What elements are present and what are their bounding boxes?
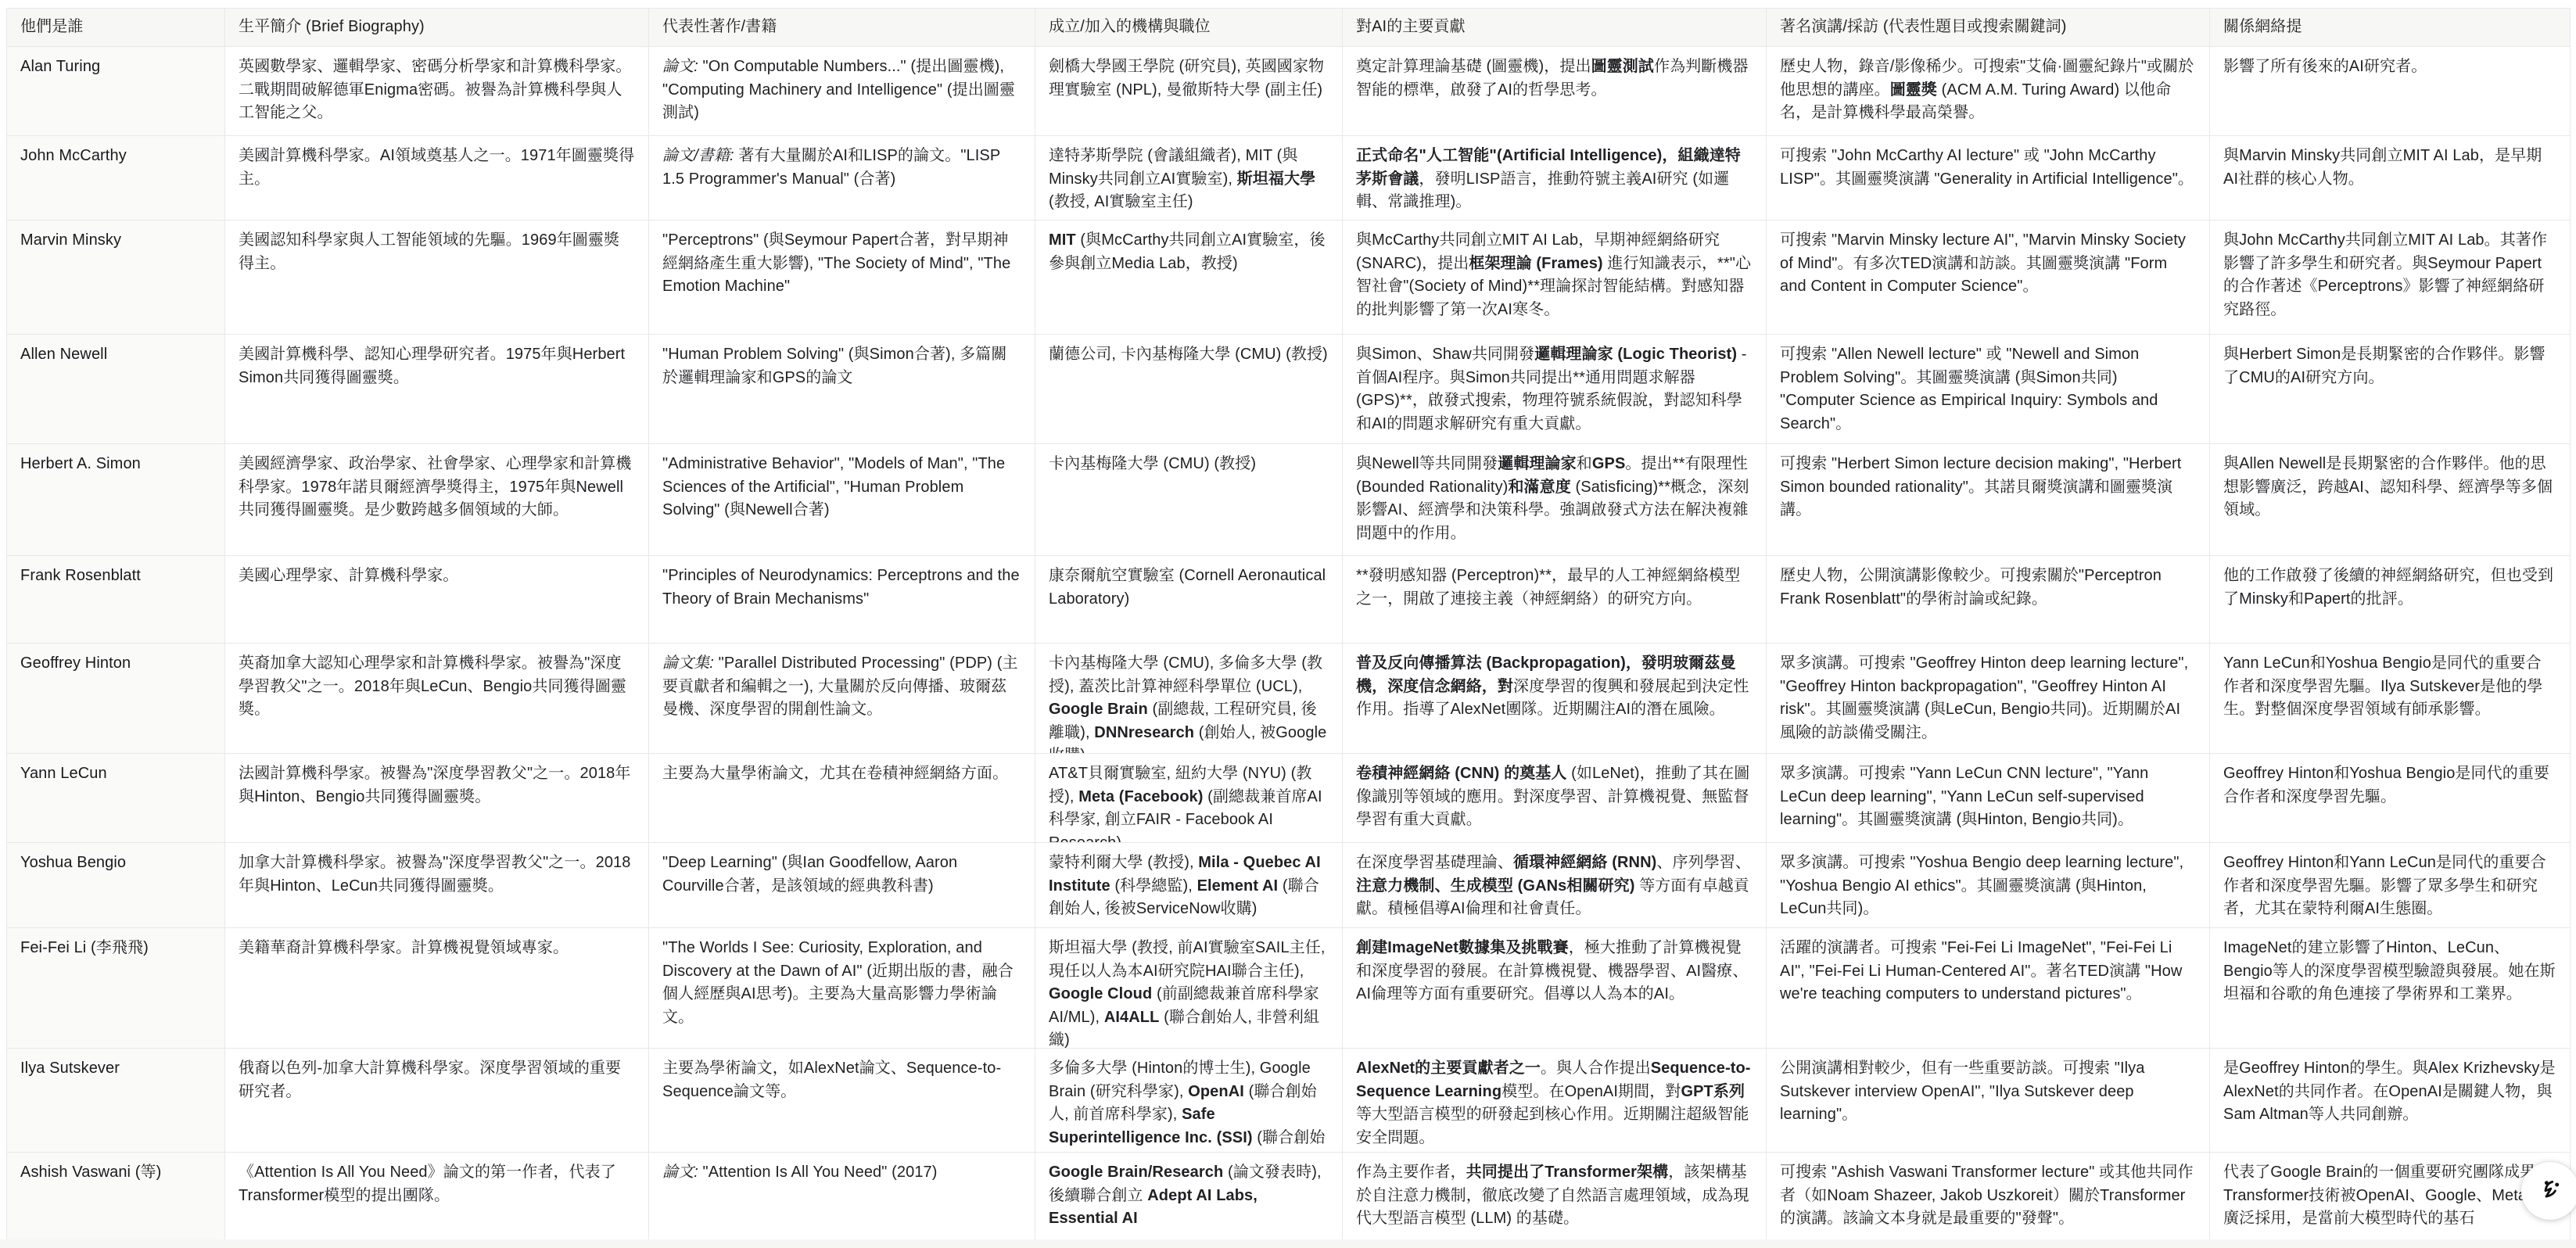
name-cell: John McCarthy bbox=[7, 136, 225, 221]
works-cell: 主要為學術論文，如AlexNet論文、Sequence-to-Sequence論… bbox=[649, 1049, 1035, 1153]
name-cell: Herbert A. Simon bbox=[7, 444, 225, 556]
name-cell: Allen Newell bbox=[7, 335, 225, 444]
network-cell: Geoffrey Hinton和Yoshua Bengio是同代的重要合作者和深… bbox=[2210, 754, 2570, 843]
bold-text: AlexNet的主要貢獻者之一 bbox=[1356, 1060, 1541, 1077]
orgs-cell: 蘭德公司, 卡內基梅隆大學 (CMU) (教授) bbox=[1035, 335, 1343, 444]
name-cell: Geoffrey Hinton bbox=[7, 644, 225, 754]
talks-cell: 歷史人物，錄音/影像稀少。可搜索"艾倫·圖靈紀錄片"或關於他思想的講座。圖靈獎 … bbox=[1767, 47, 2210, 136]
table-row: Yoshua Bengio加拿大計算機科學家。被譽為"深度學習教父"之一。201… bbox=[7, 843, 2570, 928]
bold-text: Adept AI Labs, Essential AI bbox=[1049, 1187, 1258, 1228]
name-cell: Fei-Fei Li (李飛飛) bbox=[7, 928, 225, 1049]
bold-text: AI4ALL bbox=[1104, 1009, 1160, 1026]
table-row: Herbert A. Simon美國經濟學家、政治學家、社會學家、心理學家和計算… bbox=[7, 444, 2570, 556]
bio-cell: 美國經濟學家、政治學家、社會學家、心理學家和計算機科學家。1978年諾貝爾經濟學… bbox=[225, 444, 649, 556]
orgs-cell: 蒙特利爾大學 (教授), Mila - Quebec AI Institute … bbox=[1035, 843, 1343, 928]
contributions-cell: 在深度學習基礎理論、循環神經網絡 (RNN)、序列學習、注意力機制、生成模型 (… bbox=[1343, 843, 1767, 928]
talks-cell: 眾多演講。可搜索 "Yoshua Bengio deep learning le… bbox=[1767, 843, 2210, 928]
bio-cell: 俄裔以色列-加拿大計算機科學家。深度學習領域的重要研究者。 bbox=[225, 1049, 649, 1153]
contributions-cell: **發明感知器 (Perceptron)**，最早的人工神經網絡模型之一，開啟了… bbox=[1343, 556, 1767, 644]
header-cell-3: 成立/加入的機構與職位 bbox=[1035, 9, 1343, 47]
table-row: Ashish Vaswani (等)《Attention Is All You … bbox=[7, 1153, 2570, 1240]
bold-text: GPT系列 bbox=[1681, 1083, 1745, 1100]
bold-text: 和滿意度 bbox=[1508, 479, 1570, 496]
bold-text: 框架理論 (Frames) bbox=[1469, 255, 1602, 272]
bio-cell: 英國數學家、邏輯學家、密碼分析學家和計算機科學家。二戰期間破解德軍Enigma密… bbox=[225, 47, 649, 136]
network-cell: 他的工作啟發了後續的神經網絡研究，但也受到了Minsky和Papert的批評。 bbox=[2210, 556, 2570, 644]
talks-cell: 可搜索 "John McCarthy AI lecture" 或 "John M… bbox=[1767, 136, 2210, 221]
name-cell: Yann LeCun bbox=[7, 754, 225, 843]
talks-cell: 活躍的演講者。可搜索 "Fei-Fei Li ImageNet", "Fei-F… bbox=[1767, 928, 2210, 1049]
table-row: Geoffrey Hinton英裔加拿大認知心理學家和計算機科學家。被譽為"深度… bbox=[7, 644, 2570, 754]
talks-cell: 歷史人物，公開演講影像較少。可搜索關於"Perceptron Frank Ros… bbox=[1767, 556, 2210, 644]
orgs-cell: 多倫多大學 (Hinton的博士生), Google Brain (研究科學家)… bbox=[1035, 1049, 1343, 1153]
bio-cell: 法國計算機科學家。被譽為"深度學習教父"之一。2018年與Hinton、Beng… bbox=[225, 754, 649, 843]
orgs-cell: 卡內基梅隆大學 (CMU), 多倫多大學 (教授), 蓋茨比計算神經科學單位 (… bbox=[1035, 644, 1343, 754]
works-cell: 論文: "On Computable Numbers..." (提出圖靈機), … bbox=[649, 47, 1035, 136]
bold-text: Google Brain bbox=[1049, 701, 1148, 718]
table-row: Allen Newell美國計算機科學、認知心理學研究者。1975年與Herbe… bbox=[7, 335, 2570, 444]
orgs-cell: Google Brain/Research (論文發表時), 後續聯合創立 Ad… bbox=[1035, 1153, 1343, 1240]
bold-text: 循環神經網絡 (RNN) bbox=[1513, 854, 1656, 871]
orgs-cell: MIT (與McCarthy共同創立AI實驗室，後參與創立Media Lab，教… bbox=[1035, 221, 1343, 335]
orgs-cell: 康奈爾航空實驗室 (Cornell Aeronautical Laborator… bbox=[1035, 556, 1343, 644]
contributions-cell: 正式命名"人工智能"(Artificial Intelligence)，組織達特… bbox=[1343, 136, 1767, 221]
name-cell: Frank Rosenblatt bbox=[7, 556, 225, 644]
network-cell: 影響了所有後來的AI研究者。 bbox=[2210, 47, 2570, 136]
bio-cell: 美籍華裔計算機科學家。計算機視覺領域專家。 bbox=[225, 928, 649, 1049]
bold-text: Google Cloud bbox=[1049, 985, 1152, 1002]
table-row: John McCarthy美國計算機科學家。AI領域奠基人之一。1971年圖靈獎… bbox=[7, 136, 2570, 221]
name-cell: Ilya Sutskever bbox=[7, 1049, 225, 1153]
bold-text: 普及反向傳播算法 (Backpropagation)，發明玻爾茲曼機，深度信念網… bbox=[1356, 654, 1736, 695]
bold-text: Safe Superintelligence Inc. (SSI) bbox=[1049, 1106, 1253, 1146]
header-cell-5: 著名演講/採訪 (代表性題目或搜索關鍵詞) bbox=[1767, 9, 2210, 47]
bold-text: MIT bbox=[1049, 231, 1076, 249]
orgs-cell: 劍橋大學國王學院 (研究員), 英國國家物理實驗室 (NPL), 曼徹斯特大學 … bbox=[1035, 47, 1343, 136]
network-cell: ImageNet的建立影響了Hinton、LeCun、Bengio等人的深度學習… bbox=[2210, 928, 2570, 1049]
bio-cell: 美國認知科學家與人工智能領域的先驅。1969年圖靈獎得主。 bbox=[225, 221, 649, 335]
contributions-cell: 卷積神經網絡 (CNN) 的奠基人 (如LeNet)，推動了其在圖像識別等領域的… bbox=[1343, 754, 1767, 843]
name-cell: Alan Turing bbox=[7, 47, 225, 136]
bold-text: 注意力機制、生成模型 (GANs相關研究) bbox=[1356, 877, 1635, 895]
italic-text: 論文: bbox=[662, 1164, 698, 1181]
footer-band bbox=[0, 1239, 2576, 1248]
bold-text: 共同提出了Transformer架構 bbox=[1466, 1164, 1669, 1181]
cursor-badge[interactable] bbox=[2521, 1162, 2576, 1220]
bold-text: Mila - Quebec AI Institute bbox=[1049, 854, 1321, 895]
italic-text: 論文/書籍: bbox=[662, 147, 734, 164]
bold-text: 邏輯理論家 (Logic Theorist) bbox=[1534, 346, 1737, 363]
bold-text: 圖靈獎 bbox=[1890, 81, 1937, 99]
works-cell: "Human Problem Solving" (與Simon合著), 多篇關於… bbox=[649, 335, 1035, 444]
works-cell: "Deep Learning" (與Ian Goodfellow, Aaron … bbox=[649, 843, 1035, 928]
contributions-cell: 創建ImageNet數據集及挑戰賽，極大推動了計算機視覺和深度學習的發展。在計算… bbox=[1343, 928, 1767, 1049]
works-cell: "Administrative Behavior", "Models of Ma… bbox=[649, 444, 1035, 556]
talks-cell: 眾多演講。可搜索 "Geoffrey Hinton deep learning … bbox=[1767, 644, 2210, 754]
orgs-cell: 達特茅斯學院 (會議組織者), MIT (與Minsky共同創立AI實驗室), … bbox=[1035, 136, 1343, 221]
table-body: Alan Turing英國數學家、邏輯學家、密碼分析學家和計算機科學家。二戰期間… bbox=[7, 47, 2570, 1240]
bold-text: 圖靈測試 bbox=[1591, 58, 1654, 75]
works-cell: "Principles of Neurodynamics: Perceptron… bbox=[649, 556, 1035, 644]
network-cell: 與Marvin Minsky共同創立MIT AI Lab，是早期AI社群的核心人… bbox=[2210, 136, 2570, 221]
bold-text: GPS bbox=[1592, 455, 1626, 472]
header-cell-1: 生平簡介 (Brief Biography) bbox=[225, 9, 649, 47]
header-cell-0: 他們是誰 bbox=[7, 9, 225, 47]
network-cell: 代表了Google Brain的一個重要研究團隊成果。Transformer技術… bbox=[2210, 1153, 2570, 1240]
contributions-cell: 與Simon、Shaw共同開發邏輯理論家 (Logic Theorist) - … bbox=[1343, 335, 1767, 444]
header-cell-2: 代表性著作/書籍 bbox=[649, 9, 1035, 47]
page: { "colors": { "grid": "#e8e8e6", "header… bbox=[0, 0, 2576, 1248]
works-cell: "The Worlds I See: Curiosity, Exploratio… bbox=[649, 928, 1035, 1049]
table-row: Marvin Minsky美國認知科學家與人工智能領域的先驅。1969年圖靈獎得… bbox=[7, 221, 2570, 335]
works-cell: 論文/書籍: 著有大量關於AI和LISP的論文。"LISP 1.5 Progra… bbox=[649, 136, 1035, 221]
bold-text: DNNresearch bbox=[1094, 724, 1194, 741]
bold-text: OpenAI bbox=[1188, 1083, 1244, 1100]
name-cell: Yoshua Bengio bbox=[7, 843, 225, 928]
bold-text: Meta (Facebook) bbox=[1078, 788, 1203, 805]
bold-text: 斯坦福大學 bbox=[1237, 170, 1316, 188]
contributions-cell: 與Newell等共同開發邏輯理論家和GPS。提出**有限理性 (Bounded … bbox=[1343, 444, 1767, 556]
bio-cell: 英裔加拿大認知心理學家和計算機科學家。被譽為"深度學習教父"之一。2018年與L… bbox=[225, 644, 649, 754]
bold-text: 邏輯理論家 bbox=[1498, 455, 1577, 472]
contributions-cell: 與McCarthy共同創立MIT AI Lab，早期神經網絡研究 (SNARC)… bbox=[1343, 221, 1767, 335]
bold-text: Element AI bbox=[1197, 877, 1279, 895]
bold-text: 卷積神經網絡 (CNN) 的奠基人 bbox=[1356, 765, 1566, 782]
table-row: Ilya Sutskever俄裔以色列-加拿大計算機科學家。深度學習領域的重要研… bbox=[7, 1049, 2570, 1153]
contributions-cell: 奠定計算理論基礎 (圖靈機)，提出圖靈測試作為判斷機器智能的標準，啟發了AI的哲… bbox=[1343, 47, 1767, 136]
bio-cell: 加拿大計算機科學家。被譽為"深度學習教父"之一。2018年與Hinton、LeC… bbox=[225, 843, 649, 928]
network-cell: 是Geoffrey Hinton的學生。與Alex Krizhevsky是Ale… bbox=[2210, 1049, 2570, 1153]
talks-cell: 可搜索 "Ashish Vaswani Transformer lecture"… bbox=[1767, 1153, 2210, 1240]
bio-cell: 美國計算機科學、認知心理學研究者。1975年與Herbert Simon共同獲得… bbox=[225, 335, 649, 444]
pioneers-table: 他們是誰生平簡介 (Brief Biography)代表性著作/書籍成立/加入的… bbox=[6, 8, 2571, 1241]
network-cell: Yann LeCun和Yoshua Bengio是同代的重要合作者和深度學習先驅… bbox=[2210, 644, 2570, 754]
works-cell: 論文: "Attention Is All You Need" (2017) bbox=[649, 1153, 1035, 1240]
name-cell: Ashish Vaswani (等) bbox=[7, 1153, 225, 1240]
header-cell-6: 關係網絡提 bbox=[2210, 9, 2570, 47]
contributions-cell: 作為主要作者，共同提出了Transformer架構，該架構基於自注意力機制，徹底… bbox=[1343, 1153, 1767, 1240]
bio-cell: 美國心理學家、計算機科學家。 bbox=[225, 556, 649, 644]
works-cell: "Perceptrons" (與Seymour Papert合著，對早期神經網絡… bbox=[649, 221, 1035, 335]
bio-cell: 《Attention Is All You Need》論文的第一作者，代表了Tr… bbox=[225, 1153, 649, 1240]
network-cell: Geoffrey Hinton和Yann LeCun是同代的重要合作者和深度學習… bbox=[2210, 843, 2570, 928]
talks-cell: 可搜索 "Herbert Simon lecture decision maki… bbox=[1767, 444, 2210, 556]
network-cell: 與Herbert Simon是長期緊密的合作夥伴。影響了CMU的AI研究方向。 bbox=[2210, 335, 2570, 444]
contributions-cell: 普及反向傳播算法 (Backpropagation)，發明玻爾茲曼機，深度信念網… bbox=[1343, 644, 1767, 754]
talks-cell: 眾多演講。可搜索 "Yann LeCun CNN lecture", "Yann… bbox=[1767, 754, 2210, 843]
bold-text: 創建ImageNet數據集及挑戰賽 bbox=[1356, 939, 1569, 956]
talks-cell: 可搜索 "Marvin Minsky lecture AI", "Marvin … bbox=[1767, 221, 2210, 335]
talks-cell: 可搜索 "Allen Newell lecture" 或 "Newell and… bbox=[1767, 335, 2210, 444]
header-row: 他們是誰生平簡介 (Brief Biography)代表性著作/書籍成立/加入的… bbox=[7, 9, 2570, 47]
italic-text: 論文集: bbox=[662, 654, 714, 672]
table-row: Alan Turing英國數學家、邏輯學家、密碼分析學家和計算機科學家。二戰期間… bbox=[7, 47, 2570, 136]
orgs-cell: 斯坦福大學 (教授, 前AI實驗室SAIL主任, 現任以人為本AI研究院HAI聯… bbox=[1035, 928, 1343, 1049]
table-row: Fei-Fei Li (李飛飛)美籍華裔計算機科學家。計算機視覺領域專家。"Th… bbox=[7, 928, 2570, 1049]
orgs-cell: AT&T貝爾實驗室, 紐約大學 (NYU) (教授), Meta (Facebo… bbox=[1035, 754, 1343, 843]
table-row: Yann LeCun法國計算機科學家。被譽為"深度學習教父"之一。2018年與H… bbox=[7, 754, 2570, 843]
orgs-cell: 卡內基梅隆大學 (CMU) (教授) bbox=[1035, 444, 1343, 556]
talks-cell: 公開演講相對較少，但有一些重要訪談。可搜索 "Ilya Sutskever in… bbox=[1767, 1049, 2210, 1153]
italic-text: 論文: bbox=[662, 58, 698, 75]
works-cell: 論文集: "Parallel Distributed Processing" (… bbox=[649, 644, 1035, 754]
header-cell-4: 對AI的主要貢獻 bbox=[1343, 9, 1767, 47]
bio-cell: 美國計算機科學家。AI領域奠基人之一。1971年圖靈獎得主。 bbox=[225, 136, 649, 221]
bold-text: Google Brain/Research bbox=[1049, 1164, 1223, 1181]
bold-text: 正式命名"人工智能"(Artificial Intelligence)，組織達特… bbox=[1356, 147, 1741, 188]
network-cell: 與Allen Newell是長期緊密的合作夥伴。他的思想影響廣泛，跨越AI、認知… bbox=[2210, 444, 2570, 556]
cursor-glyph-icon bbox=[2533, 1172, 2567, 1210]
works-cell: 主要為大量學術論文，尤其在卷積神經網絡方面。 bbox=[649, 754, 1035, 843]
table-row: Frank Rosenblatt美國心理學家、計算機科學家。"Principle… bbox=[7, 556, 2570, 644]
name-cell: Marvin Minsky bbox=[7, 221, 225, 335]
network-cell: 與John McCarthy共同創立MIT AI Lab。其著作影響了許多學生和… bbox=[2210, 221, 2570, 335]
contributions-cell: AlexNet的主要貢獻者之一。與人合作提出Sequence-to-Sequen… bbox=[1343, 1049, 1767, 1153]
